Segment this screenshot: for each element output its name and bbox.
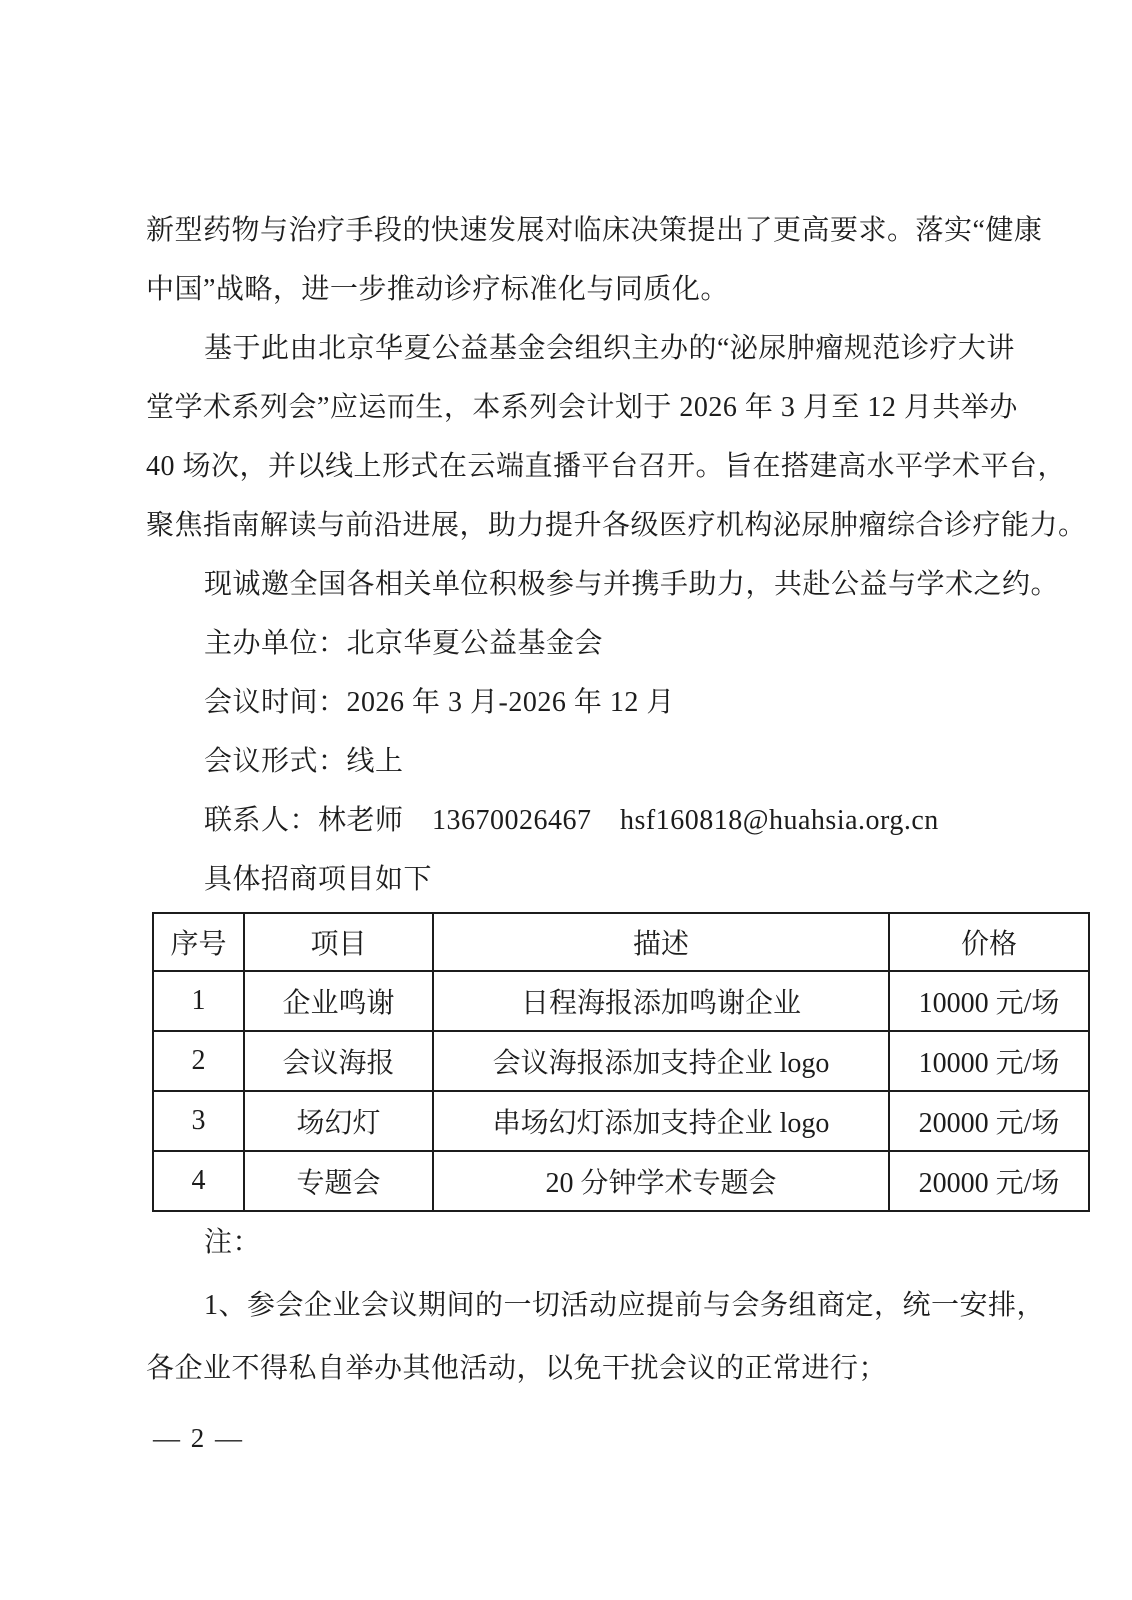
table-header-cell: 序号 xyxy=(153,913,244,971)
table-cell: 专题会 xyxy=(244,1151,433,1211)
table-cell: 3 xyxy=(153,1091,244,1151)
table-cell: 会议海报 xyxy=(244,1031,433,1091)
body-line: 现诚邀全国各相关单位积极参与并携手助力，共赴公益与学术之约。 xyxy=(146,555,1086,614)
table-row: 2 会议海报 会议海报添加支持企业 logo 10000 元/场 xyxy=(153,1031,1089,1091)
table-cell: 企业鸣谢 xyxy=(244,971,433,1031)
table-cell: 4 xyxy=(153,1151,244,1211)
body-line: 聚焦指南解读与前沿进展，助力提升各级医疗机构泌尿肿瘤综合诊疗能力。 xyxy=(146,496,1086,555)
body-line: 新型药物与治疗手段的快速发展对临床决策提出了更高要求。落实“健康 xyxy=(146,201,1086,260)
table-cell: 2 xyxy=(153,1031,244,1091)
table-header-cell: 价格 xyxy=(889,913,1089,971)
table-row: 3 场幻灯 串场幻灯添加支持企业 logo 20000 元/场 xyxy=(153,1091,1089,1151)
note-label: 注： xyxy=(146,1211,1086,1274)
page-number: — 2 — xyxy=(153,1422,244,1454)
table-cell: 10000 元/场 xyxy=(889,1031,1089,1091)
meeting-time-line: 会议时间：2026 年 3 月-2026 年 12 月 xyxy=(146,673,1086,732)
body-line: 基于此由北京华夏公益基金会组织主办的“泌尿肿瘤规范诊疗大讲 xyxy=(146,319,1086,378)
table-cell: 20 分钟学术专题会 xyxy=(433,1151,889,1211)
table-cell: 串场幻灯添加支持企业 logo xyxy=(433,1091,889,1151)
table-header-row: 序号 项目 描述 价格 xyxy=(153,913,1089,971)
document-page: 新型药物与治疗手段的快速发展对临床决策提出了更高要求。落实“健康 中国”战略，进… xyxy=(0,0,1132,1600)
organizer-line: 主办单位：北京华夏公益基金会 xyxy=(146,614,1086,673)
table-header-cell: 描述 xyxy=(433,913,889,971)
note-line: 1、参会企业会议期间的一切活动应提前与会务组商定，统一安排， xyxy=(146,1274,1086,1337)
table-cell: 会议海报添加支持企业 logo xyxy=(433,1031,889,1091)
table-row: 4 专题会 20 分钟学术专题会 20000 元/场 xyxy=(153,1151,1089,1211)
sponsorship-table: 序号 项目 描述 价格 1 企业鸣谢 日程海报添加鸣谢企业 10000 元/场 … xyxy=(152,912,1090,1212)
body-line: 40 场次，并以线上形式在云端直播平台召开。旨在搭建高水平学术平台， xyxy=(146,437,1086,496)
body-line: 中国”战略，进一步推动诊疗标准化与同质化。 xyxy=(146,260,1086,319)
table-intro-line: 具体招商项目如下 xyxy=(146,850,1086,909)
table-cell: 20000 元/场 xyxy=(889,1091,1089,1151)
table-cell: 场幻灯 xyxy=(244,1091,433,1151)
table-cell: 日程海报添加鸣谢企业 xyxy=(433,971,889,1031)
table-row: 1 企业鸣谢 日程海报添加鸣谢企业 10000 元/场 xyxy=(153,971,1089,1031)
table-cell: 1 xyxy=(153,971,244,1031)
body-line: 堂学术系列会”应运而生，本系列会计划于 2026 年 3 月至 12 月共举办 xyxy=(146,378,1086,437)
body-text-block: 新型药物与治疗手段的快速发展对临床决策提出了更高要求。落实“健康 中国”战略，进… xyxy=(146,201,1086,909)
notes-block: 注： 1、参会企业会议期间的一切活动应提前与会务组商定，统一安排， 各企业不得私… xyxy=(146,1211,1086,1400)
meeting-format-line: 会议形式：线上 xyxy=(146,732,1086,791)
note-line: 各企业不得私自举办其他活动，以免干扰会议的正常进行； xyxy=(146,1337,1086,1400)
table-cell: 20000 元/场 xyxy=(889,1151,1089,1211)
table-cell: 10000 元/场 xyxy=(889,971,1089,1031)
table-header-cell: 项目 xyxy=(244,913,433,971)
contact-line: 联系人：林老师 13670026467 hsf160818@huahsia.or… xyxy=(146,791,1086,850)
